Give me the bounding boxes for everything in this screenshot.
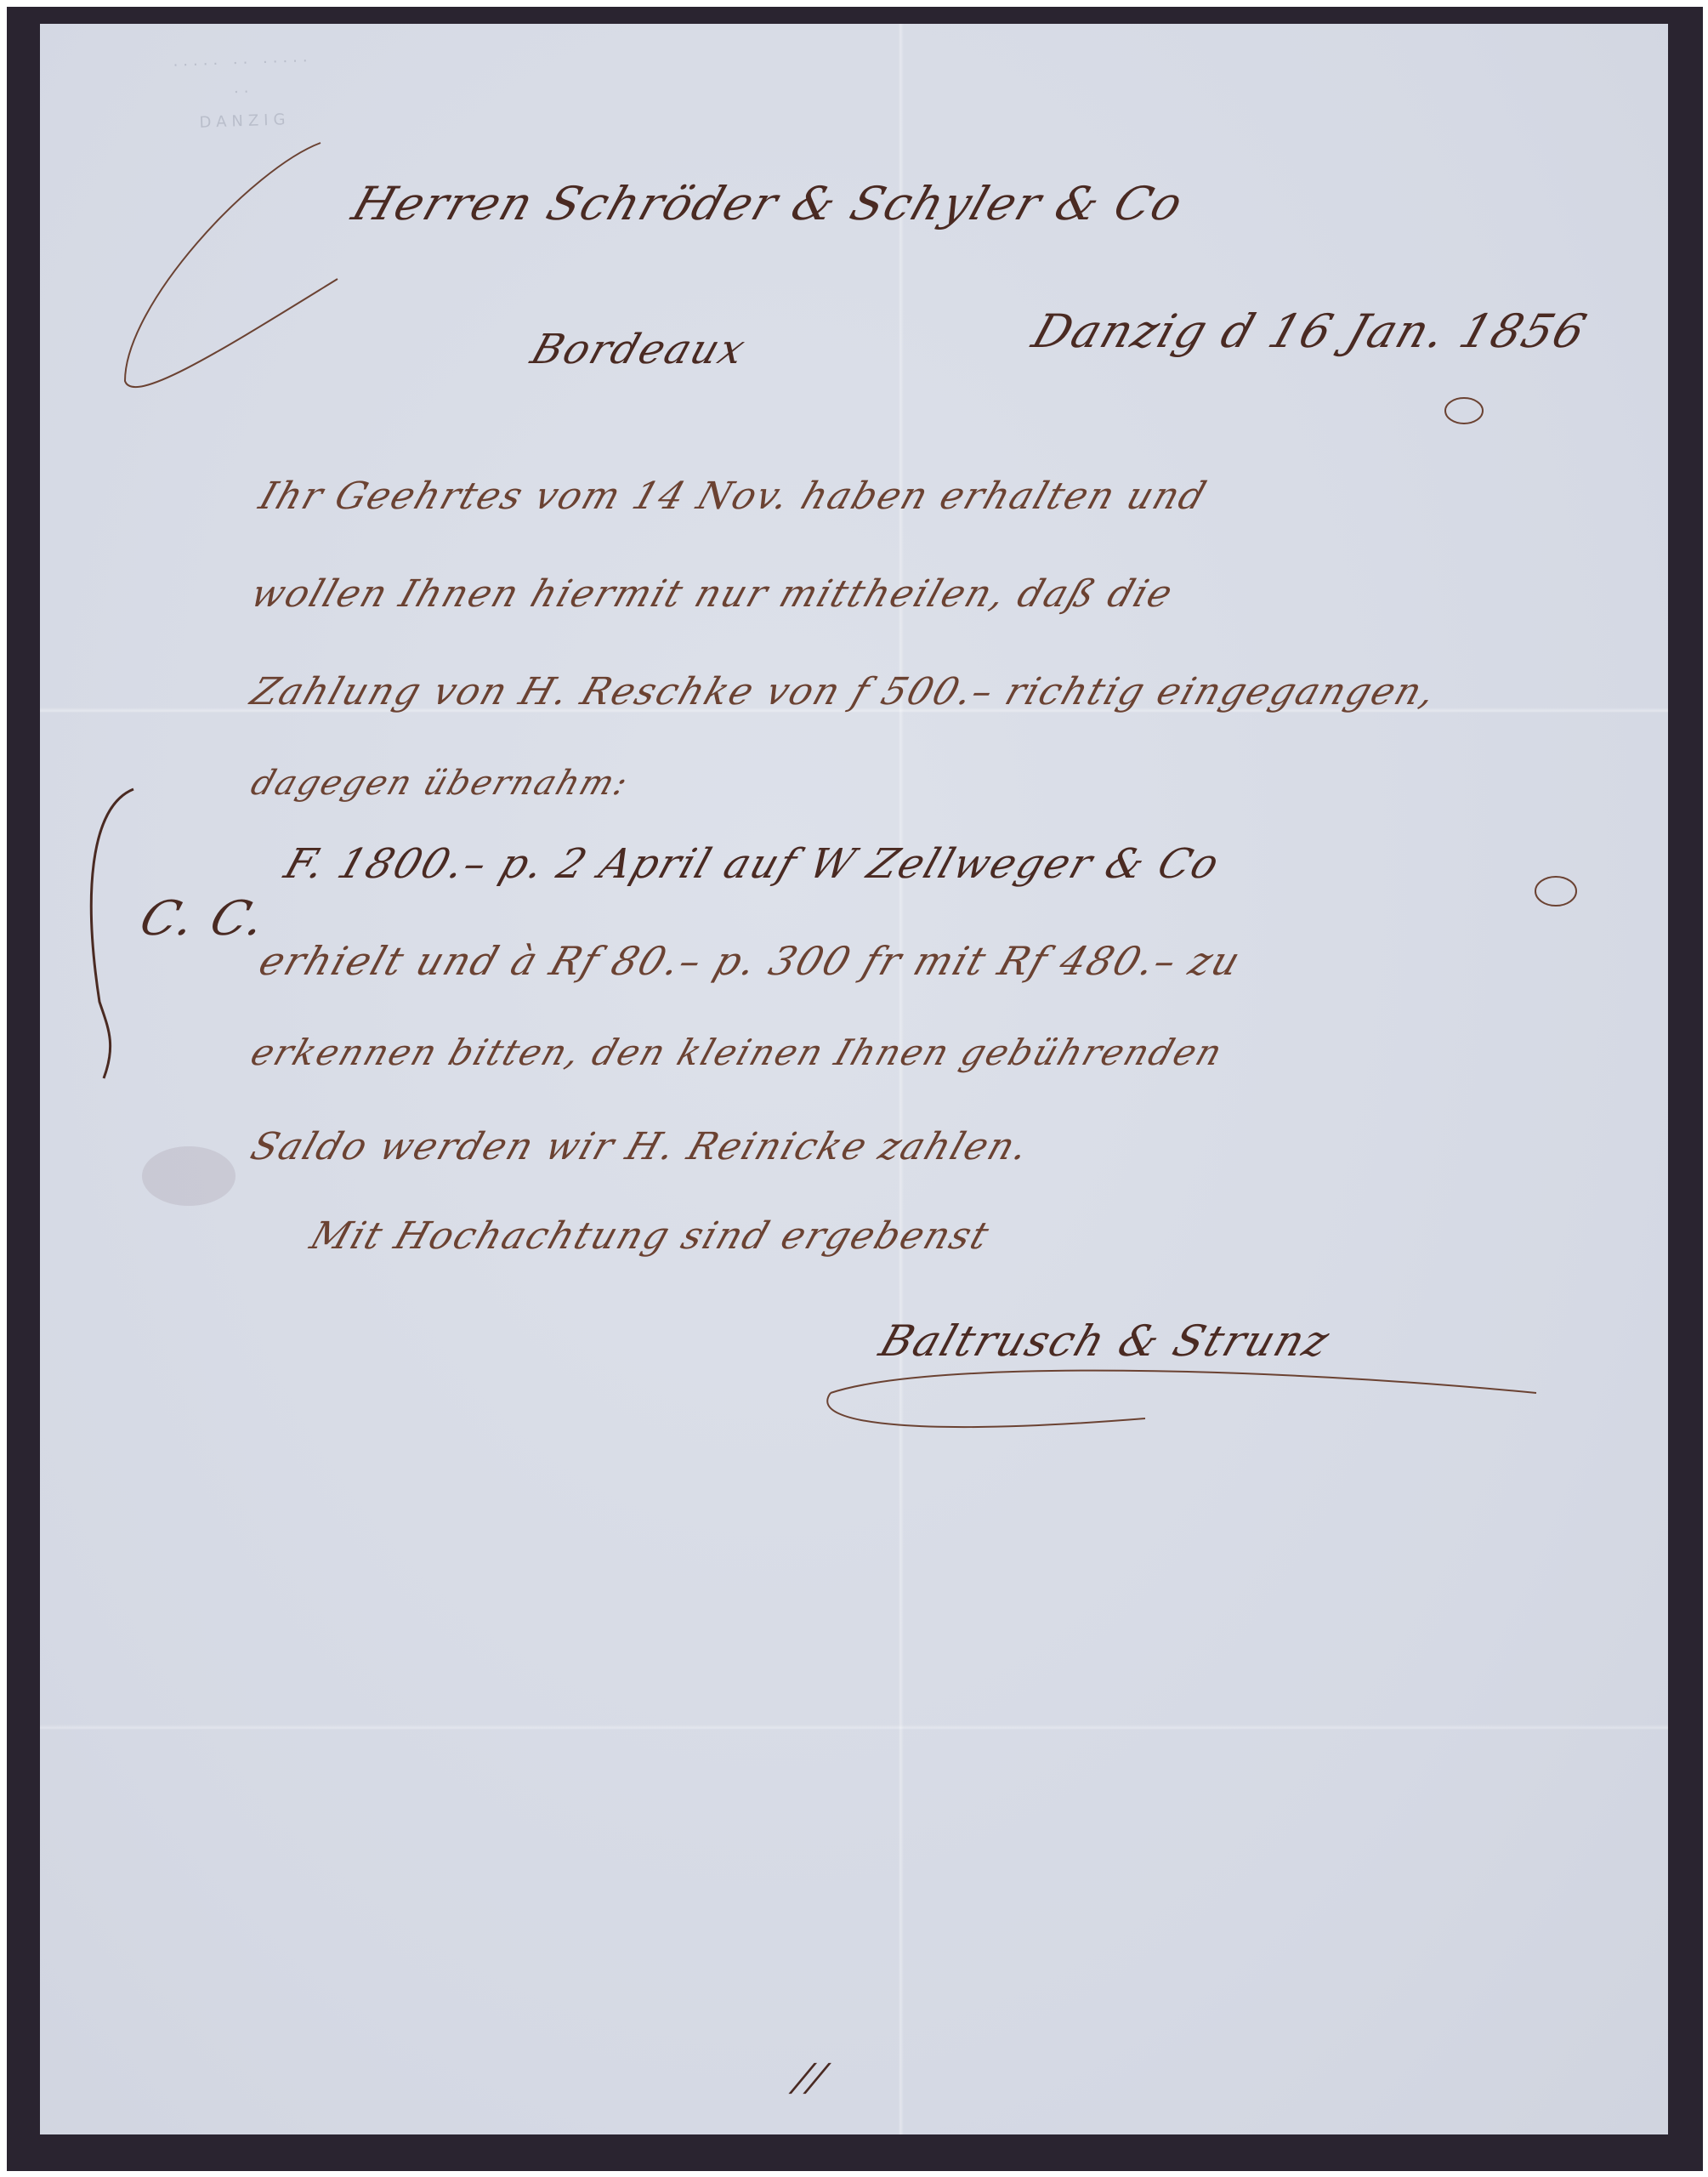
dateline: Danzig d 16 Jan. 1856: [1026, 304, 1594, 358]
recipient-line: Herren Schröder & Schyler & Co: [346, 177, 1191, 230]
body-line-1: Ihr Geehrtes vom 14 Nov. haben erhalten …: [254, 475, 1213, 518]
body-line-6: erhielt und à Rf 80.– p. 300 fr mit Rf 4…: [253, 938, 1247, 984]
closing-line: Mit Hochachtung sind ergebenst: [305, 1214, 996, 1258]
page-mark: //: [790, 2056, 832, 2100]
letter-sheet: ····· ·· ····· ·· DANZIG Herren Schröder…: [40, 24, 1668, 2134]
embossed-paper-stamp: ····· ·· ····· ·· DANZIG: [89, 44, 399, 148]
signature: Baltrusch & Strunz: [874, 1316, 1337, 1366]
body-line-7: erkennen bitten, den kleinen Ihnen gebüh…: [246, 1032, 1229, 1073]
body-line-4: dagegen übernahm:: [247, 764, 634, 803]
recipient-city: Bordeaux: [525, 326, 752, 373]
ink-stain: [142, 1146, 235, 1206]
body-line-2: wollen Ihnen hiermit nur mittheilen, daß…: [246, 572, 1179, 616]
margin-note-cc: C. C.: [133, 891, 274, 946]
body-line-3: Zahlung von H. Reschke von f 500.– richt…: [246, 670, 1443, 713]
body-line-5: F. 1800.– p. 2 April auf W Zellweger & C…: [279, 840, 1227, 888]
body-line-8: Saldo werden wir H. Reinicke zahlen.: [246, 1125, 1036, 1168]
